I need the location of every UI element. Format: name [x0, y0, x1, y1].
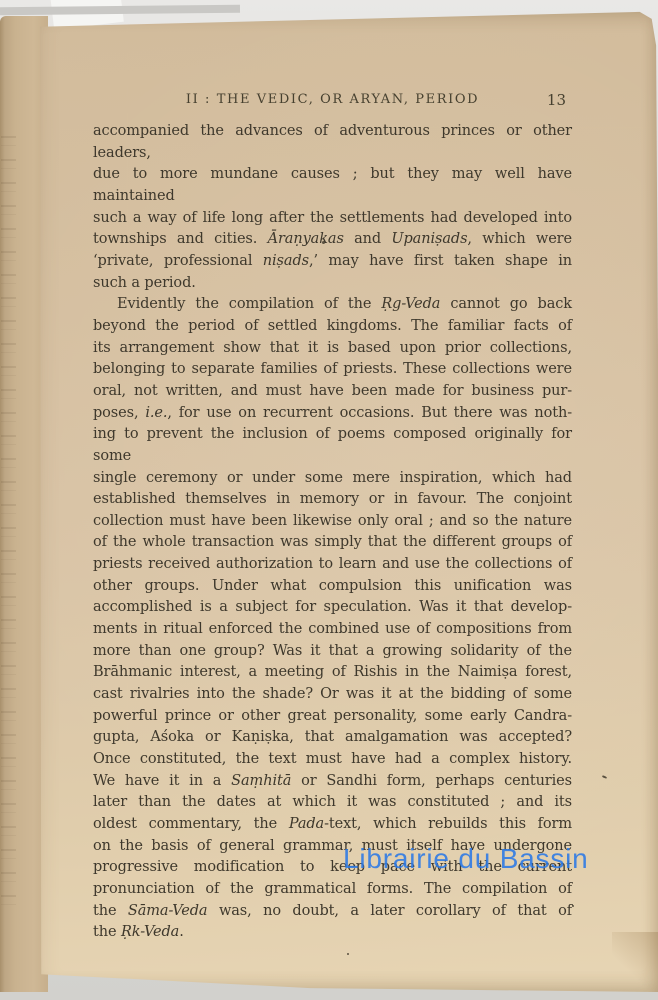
text-line: oldest commentary, the Pada-text, which …: [93, 814, 572, 836]
text-line: ments in ritual enforced the combined us…: [93, 619, 572, 641]
worn-corner: [612, 932, 658, 992]
photo-background: II : THE VEDIC, OR ARYAN, PERIOD 13 acco…: [0, 0, 658, 1000]
text-line: gupta, Aśoka or Kaṇiṣka, that amalgamati…: [93, 727, 572, 749]
text-line: Once constituted, the text must have had…: [93, 749, 572, 771]
text-line: later than the dates at which it was con…: [93, 792, 572, 814]
page-edge-marks: [1, 136, 16, 916]
text-line: collection must have been likewise only …: [93, 511, 572, 533]
text-line: ing to prevent the inclusion of poems co…: [93, 424, 572, 467]
text-line: such a way of life long after the settle…: [93, 208, 572, 230]
body-text: accompanied the advances of adventurous …: [93, 121, 572, 944]
text-line: the Sāma-Veda was, no doubt, a later cor…: [93, 901, 572, 923]
text-line: ‘private, professional niṣads,’ may have…: [93, 251, 572, 273]
page-header: II : THE VEDIC, OR ARYAN, PERIOD 13: [93, 92, 572, 114]
text-line: We have it in a Saṃhitā or Sandhi form, …: [93, 771, 572, 793]
text-line: due to more mundane causes ; but they ma…: [93, 164, 572, 207]
text-line: single ceremony or under some mere inspi…: [93, 468, 572, 490]
text-line: priests received authorization to learn …: [93, 554, 572, 576]
text-line: its arrangement show that it is based up…: [93, 338, 572, 360]
text-line: such a period.: [93, 273, 572, 295]
text-line: other groups. Under what compulsion this…: [93, 576, 572, 598]
paper-speck: [572, 905, 574, 907]
paper-speck: [347, 953, 349, 955]
text-line: townships and cities. Āraṇyakas and Upan…: [93, 229, 572, 251]
text-line: oral, not written, and must have been ma…: [93, 381, 572, 403]
bookseller-watermark: Librairie du Bassin: [343, 843, 589, 875]
text-line: Evidently the compilation of the Ṛg-Veda…: [93, 294, 572, 316]
page-number: 13: [547, 91, 566, 109]
text-line: the Ṛk-Veda.: [93, 922, 572, 944]
text-line: accompanied the advances of adventurous …: [93, 121, 572, 164]
text-line: more than one group? Was it that a growi…: [93, 641, 572, 663]
backdrop-shelf-edge: [0, 5, 240, 16]
text-line: poses, i.e., for use on recurrent occasi…: [93, 403, 572, 425]
text-line: accomplished is a subject for speculatio…: [93, 597, 572, 619]
text-line: established themselves in memory or in f…: [93, 489, 572, 511]
text-line: Brāhmanic interest, a meeting of Rishis …: [93, 662, 572, 684]
text-line: belonging to separate families of priest…: [93, 359, 572, 381]
text-line: pronunciation of the grammatical forms. …: [93, 879, 572, 901]
text-line: powerful prince or other great personali…: [93, 706, 572, 728]
running-header-title: II : THE VEDIC, OR ARYAN, PERIOD: [186, 92, 479, 107]
text-line: cast rivalries into the shade? Or was it…: [93, 684, 572, 706]
text-line: beyond the period of settled kingdoms. T…: [93, 316, 572, 338]
text-line: of the whole transaction was simply that…: [93, 532, 572, 554]
